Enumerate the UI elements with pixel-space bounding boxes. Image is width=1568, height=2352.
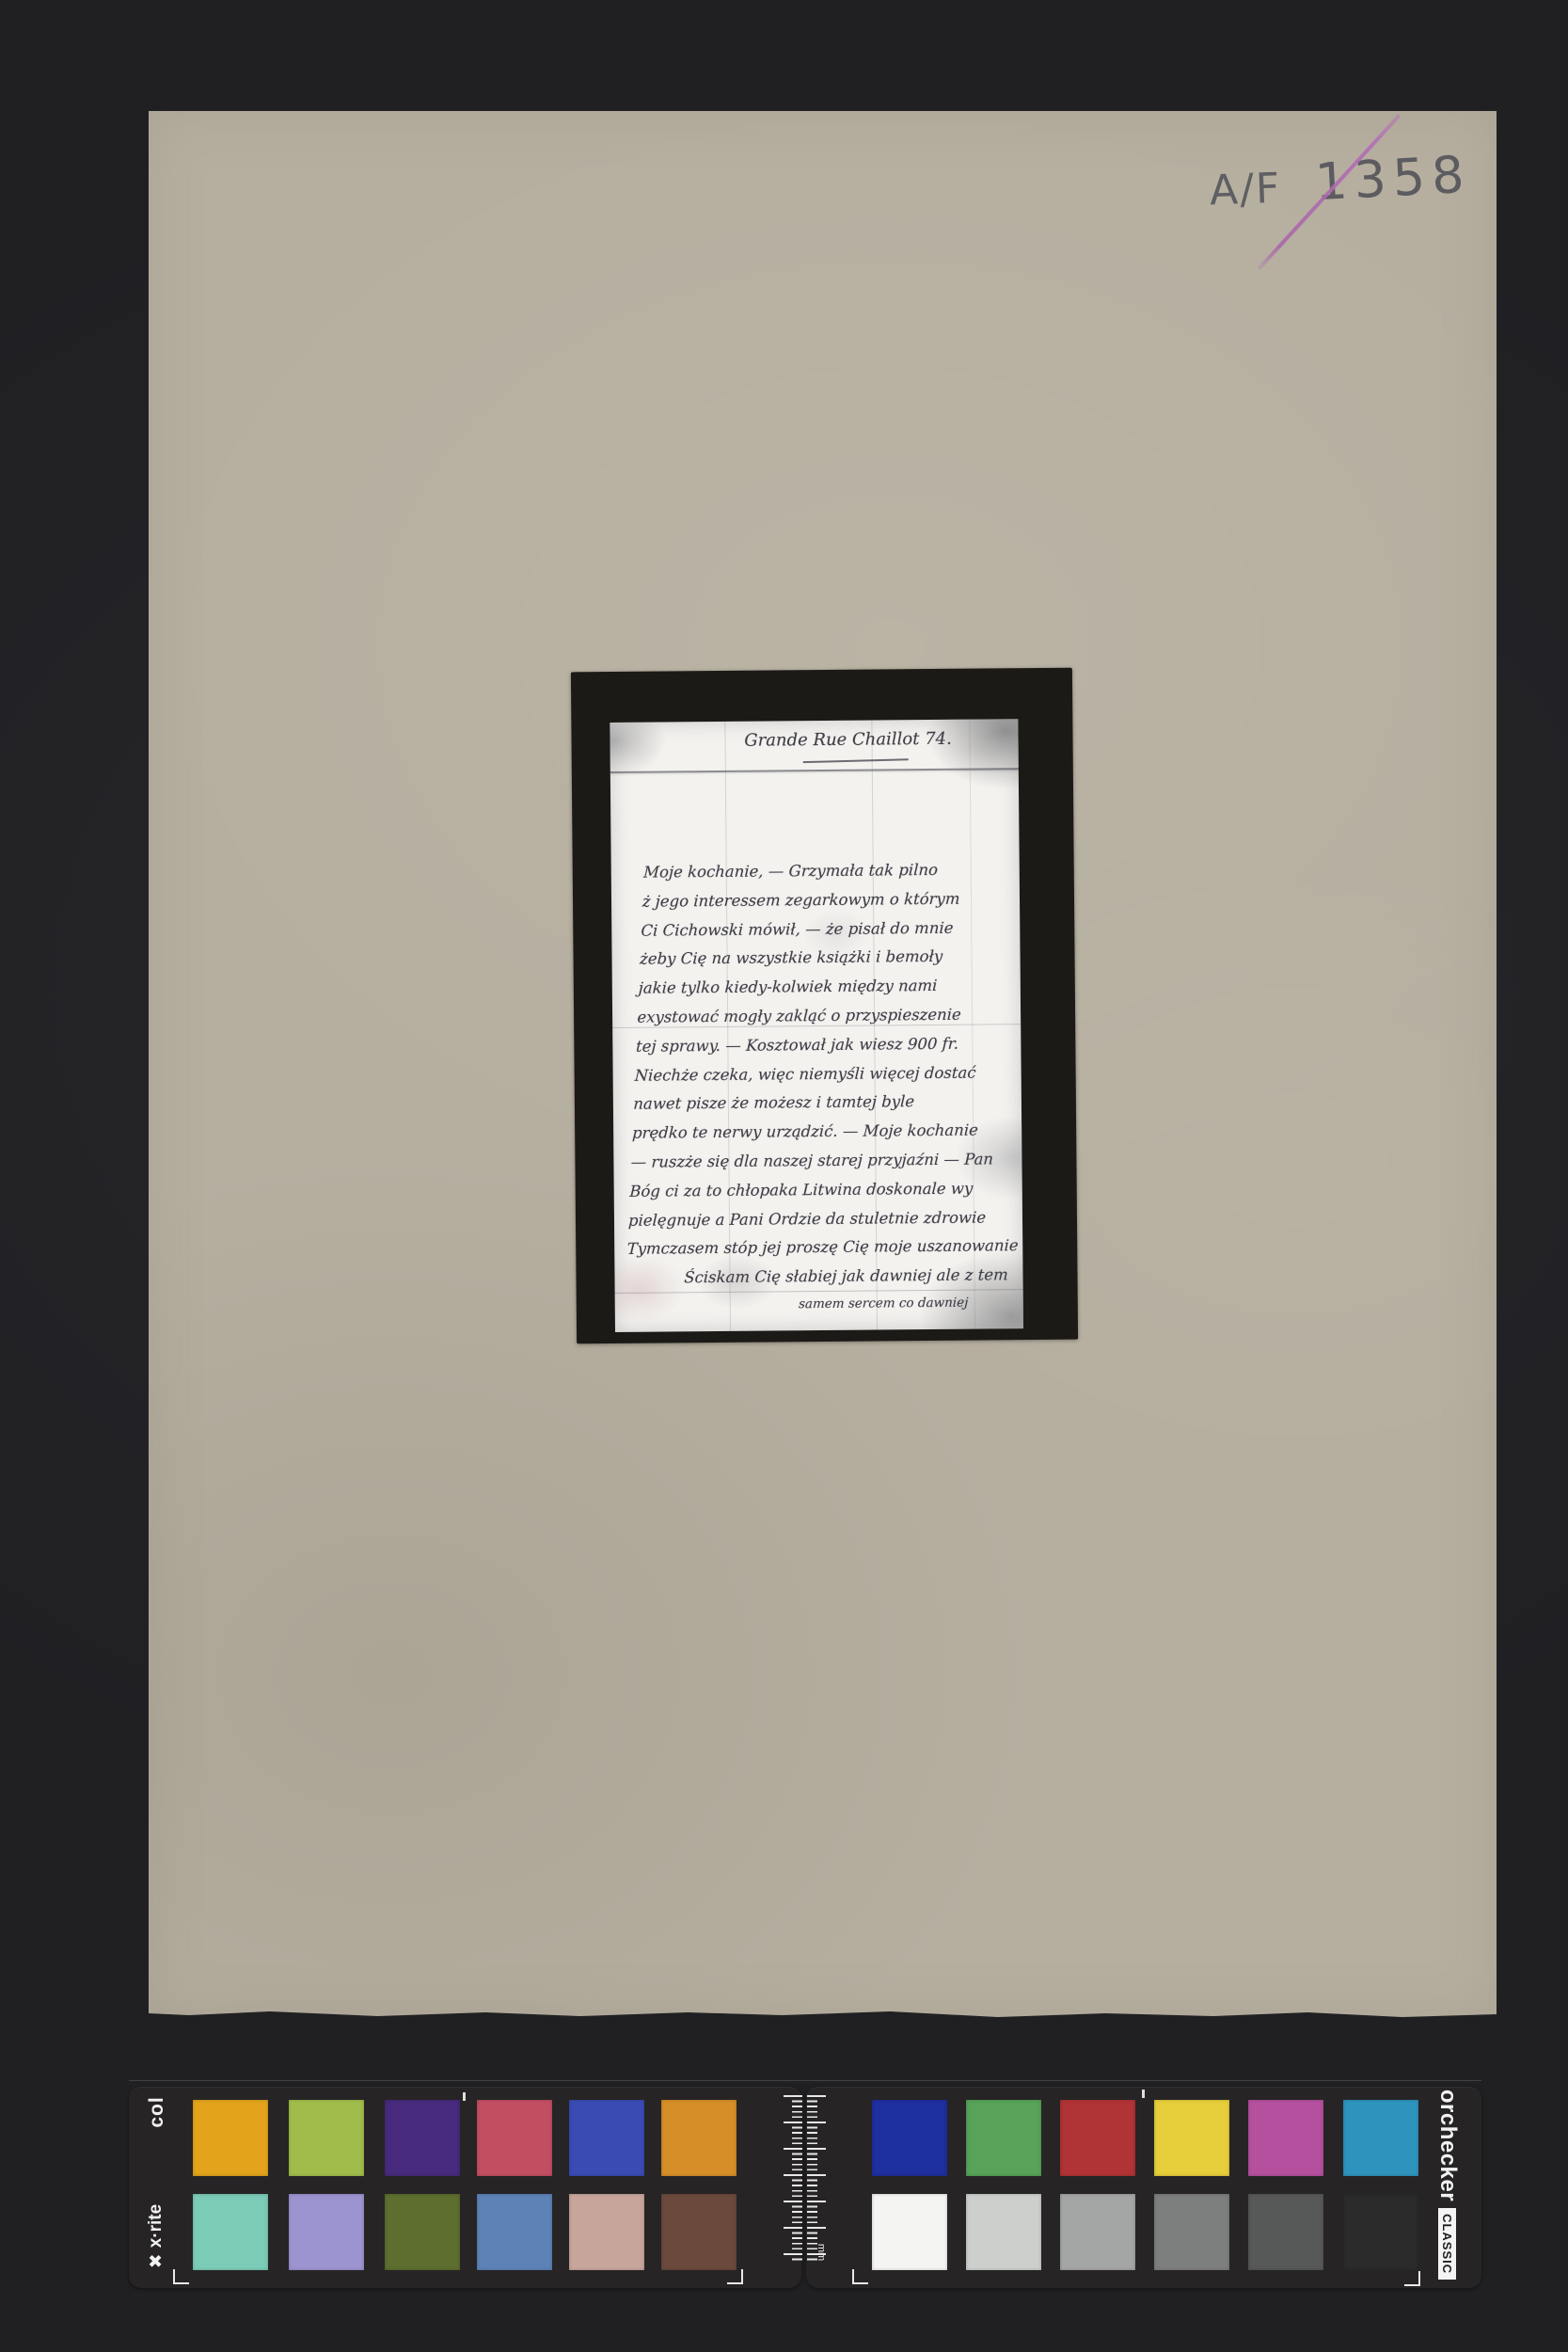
letter-line: Niechże czeka, więc niemyśli więcej dost… (634, 1063, 1011, 1095)
scan-highlight-line (129, 2080, 1481, 2081)
letter-paper: Grande Rue Chaillot 74. Moje kochanie, —… (610, 719, 1023, 1332)
letter-body-text: Moje kochanie, — Grzymała tak pilno ż je… (624, 860, 1021, 1327)
registration-tick (463, 2092, 466, 2101)
color-patch-dark-skin (661, 2194, 736, 2270)
colorchecker-right-half (806, 2087, 1481, 2288)
fold-line-horizontal (610, 768, 1019, 773)
inventory-prefix: A/F (1209, 165, 1282, 215)
xrite-wordmark-text: x·rite (146, 2204, 166, 2248)
color-patch-blue-sky (477, 2194, 552, 2270)
letter-line: exystować mogły zakląć o przyspieszenie (637, 1005, 1014, 1037)
registration-corner-mark (852, 2269, 868, 2284)
color-patch-white (872, 2194, 947, 2270)
color-patch-bluish-green (193, 2194, 268, 2270)
colorchecker-wordmark-left-partial: col (143, 2089, 171, 2136)
registration-tick (1142, 2090, 1145, 2098)
color-patch-neutral-5 (1154, 2194, 1229, 2270)
color-patch-cyan (1343, 2100, 1418, 2176)
registration-corner-mark (173, 2269, 189, 2284)
color-patch-light-skin (569, 2194, 644, 2270)
color-patch-purple (385, 2100, 460, 2176)
letter-address-header: Grande Rue Chaillot 74. (692, 728, 1003, 751)
mm-ruler-left (782, 2095, 802, 2263)
letter-line: prędko te nerwy urządzić. — Moje kochani… (631, 1120, 1008, 1152)
color-patch-purplish-blue (569, 2100, 644, 2176)
letter-line: nawet pisze że możesz i tamtej byle (632, 1092, 1009, 1124)
letter-line: Tymczasem stóp jej proszę Cię moje uszan… (626, 1237, 1004, 1269)
color-patch-orange-yellow (193, 2100, 268, 2176)
letter-line: żeby Cię na wszystkie książki i bemoły (639, 947, 1016, 979)
color-patch-yellow (1154, 2100, 1229, 2176)
color-patch-black (1343, 2194, 1418, 2270)
classic-badge: CLASSIC (1439, 2208, 1457, 2280)
ruler-unit-label: mm (814, 2240, 829, 2265)
letter-line: ż jego interessem zegarkowym o którym (641, 889, 1019, 921)
color-patch-foliage (385, 2194, 460, 2270)
color-patch-neutral-6-5 (1060, 2194, 1135, 2270)
colorchecker-wordmark-right-partial: orchecker CLASSIC (1432, 2090, 1464, 2279)
xrite-x-icon: ✖ (146, 2253, 167, 2268)
color-patch-neutral-3-5 (1248, 2194, 1323, 2270)
color-patch-red (1060, 2100, 1135, 2176)
letter-line: Ci Cichowski mówił, — że pisał do mnie (641, 918, 1018, 950)
letter-line: — ruszże się dla naszej starej przyjaźni… (630, 1150, 1007, 1182)
letter-line: Moje kochanie, — Grzymała tak pilno (642, 860, 1020, 892)
color-patch-moderate-red (477, 2100, 552, 2176)
inventory-number: 1358 (1313, 145, 1472, 213)
letter-line: tej sprawy. — Kosztował jak wiesz 900 fr… (635, 1034, 1012, 1066)
letter-photograph: Grande Rue Chaillot 74. Moje kochanie, —… (571, 668, 1078, 1344)
letter-line: Bóg ci za to chłopaka Litwina doskonale … (628, 1179, 1006, 1211)
mm-ruler-right (807, 2095, 828, 2263)
letter-line: Ściskam Cię słabiej jak dawniej ale z te… (683, 1266, 1002, 1298)
color-patch-green (966, 2100, 1041, 2176)
letter-line: jakie tylko kiedy-kolwiek między nami (638, 976, 1015, 1008)
color-patch-magenta (1248, 2100, 1323, 2176)
archival-scan-background: A/F 1358 Grande Rue Chaillot 74. Moje ko… (0, 0, 1568, 2352)
color-patch-neutral-8 (966, 2194, 1041, 2270)
color-patch-blue (872, 2100, 947, 2176)
registration-corner-mark (1404, 2271, 1420, 2286)
color-patch-yellow-green (289, 2100, 364, 2176)
header-underline (803, 758, 909, 763)
checker-wordmark-text: orchecker (1434, 2090, 1461, 2201)
registration-corner-mark (727, 2269, 743, 2284)
color-patch-blue-flower (289, 2194, 364, 2270)
xrite-logo-wordmark: ✖ x·rite (139, 2194, 173, 2279)
colorchecker-left-half (129, 2087, 801, 2288)
color-patch-orange (661, 2100, 736, 2176)
letter-line: pielęgnuje a Pani Ordzie da stuletnie zd… (627, 1208, 1005, 1240)
letter-line: samem sercem co dawniej (798, 1295, 1001, 1326)
